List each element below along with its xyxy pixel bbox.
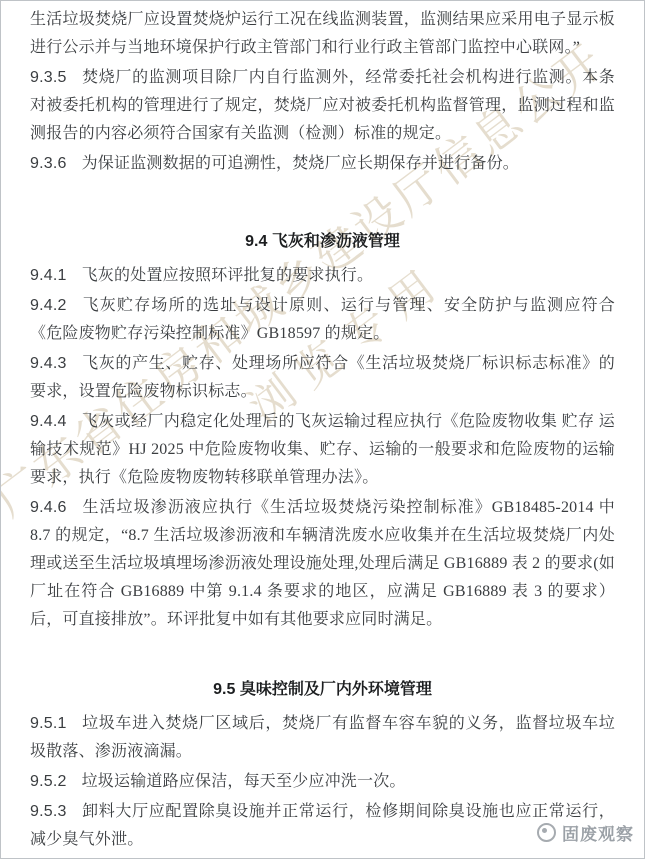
clause-9-5-1: 9.5.1垃圾车进入焚烧厂区域后，焚烧厂有监督车容车貌的义务，监督垃圾车垃圾散落… [30, 710, 615, 766]
clause-number: 9.5.1 [30, 715, 67, 732]
clause-9-3-5: 9.3.5焚烧厂的监测项目除厂内自行监测外，经常委托社会机构进行监测。本条对被委… [30, 64, 615, 148]
clause-text: 垃圾运输道路应保洁，每天至少应冲洗一次。 [82, 773, 406, 790]
clause-number: 9.4.4 [30, 413, 67, 430]
badge-label: 固废观察 [562, 820, 634, 845]
logo-icon [537, 823, 556, 842]
clause-number: 9.4.3 [30, 355, 67, 372]
clause-text: 为保证监测数据的可追溯性，焚烧厂应长期保存并进行备份。 [82, 155, 519, 172]
clause-number: 9.3.6 [30, 155, 67, 172]
clause-text: 飞灰贮存场所的选址与设计原则、运行与管理、安全防护与监测应符合《危险废物贮存污染… [30, 297, 615, 342]
section-heading-9-4: 9.4 飞灰和渗沥液管理 [30, 228, 615, 256]
clause-9-4-1: 9.4.1飞灰的处置应按照环评批复的要求执行。 [30, 262, 615, 290]
clause-text: 焚烧厂的监测项目除厂内自行监测外，经常委托社会机构进行监测。本条对被委托机构的管… [30, 69, 615, 142]
clause-number: 9.3.5 [30, 69, 67, 86]
clause-number: 9.4.6 [30, 499, 67, 516]
clause-text: 垃圾车进入焚烧厂区域后，焚烧厂有监督车容车貌的义务，监督垃圾车垃圾散落、渗沥液滴… [30, 715, 615, 760]
clause-9-4-6: 9.4.6生活垃圾渗沥液应执行《生活垃圾焚烧污染控制标准》GB18485-201… [30, 494, 615, 634]
clause-9-4-4: 9.4.4飞灰或经厂内稳定化处理后的飞灰运输过程应执行《危险废物收集 贮存 运输… [30, 408, 615, 492]
clause-text: 生活垃圾渗沥液应执行《生活垃圾焚烧污染控制标准》GB18485-2014 中 8… [30, 499, 615, 628]
document-page: 广东省住房和城乡建设厅信息公开 浏览专用 生活垃圾焚烧厂应设置焚烧炉运行工况在线… [0, 0, 645, 859]
clause-9-3-6: 9.3.6为保证监测数据的可追溯性，焚烧厂应长期保存并进行备份。 [30, 150, 615, 178]
clause-9-4-2: 9.4.2飞灰贮存场所的选址与设计原则、运行与管理、安全防护与监测应符合《危险废… [30, 292, 615, 348]
clause-text: 卸料大厅应配置除臭设施并正常运行，检修期间除臭设施也应正常运行，减少臭气外泄。 [30, 803, 615, 848]
gufei-guancha-badge: 固废观察 [537, 820, 634, 845]
clause-number: 9.4.2 [30, 297, 67, 314]
paragraph-text: 生活垃圾焚烧厂应设置焚烧炉运行工况在线监测装置，监测结果应采用电子显示板进行公示… [30, 11, 615, 56]
paragraph-continuation: 生活垃圾焚烧厂应设置焚烧炉运行工况在线监测装置，监测结果应采用电子显示板进行公示… [30, 6, 615, 62]
clause-9-4-3: 9.4.3飞灰的产生、贮存、处理场所应符合《生活垃圾焚烧厂标识标志标准》的要求，… [30, 350, 615, 406]
clause-number: 9.5.3 [30, 803, 67, 820]
clause-number: 9.4.1 [30, 267, 67, 284]
clause-9-5-2: 9.5.2垃圾运输道路应保洁，每天至少应冲洗一次。 [30, 768, 615, 796]
section-heading-9-5: 9.5 臭味控制及厂内外环境管理 [30, 676, 615, 704]
clause-9-5-3: 9.5.3卸料大厅应配置除臭设施并正常运行，检修期间除臭设施也应正常运行，减少臭… [30, 798, 615, 854]
clause-text: 飞灰的处置应按照环评批复的要求执行。 [82, 267, 374, 284]
clause-number: 9.5.2 [30, 773, 67, 790]
clause-text: 飞灰或经厂内稳定化处理后的飞灰运输过程应执行《危险废物收集 贮存 运输技术规范》… [30, 413, 615, 486]
clause-text: 飞灰的产生、贮存、处理场所应符合《生活垃圾焚烧厂标识标志标准》的要求，设置危险废… [30, 355, 615, 400]
document-content: 生活垃圾焚烧厂应设置焚烧炉运行工况在线监测装置，监测结果应采用电子显示板进行公示… [1, 1, 644, 856]
